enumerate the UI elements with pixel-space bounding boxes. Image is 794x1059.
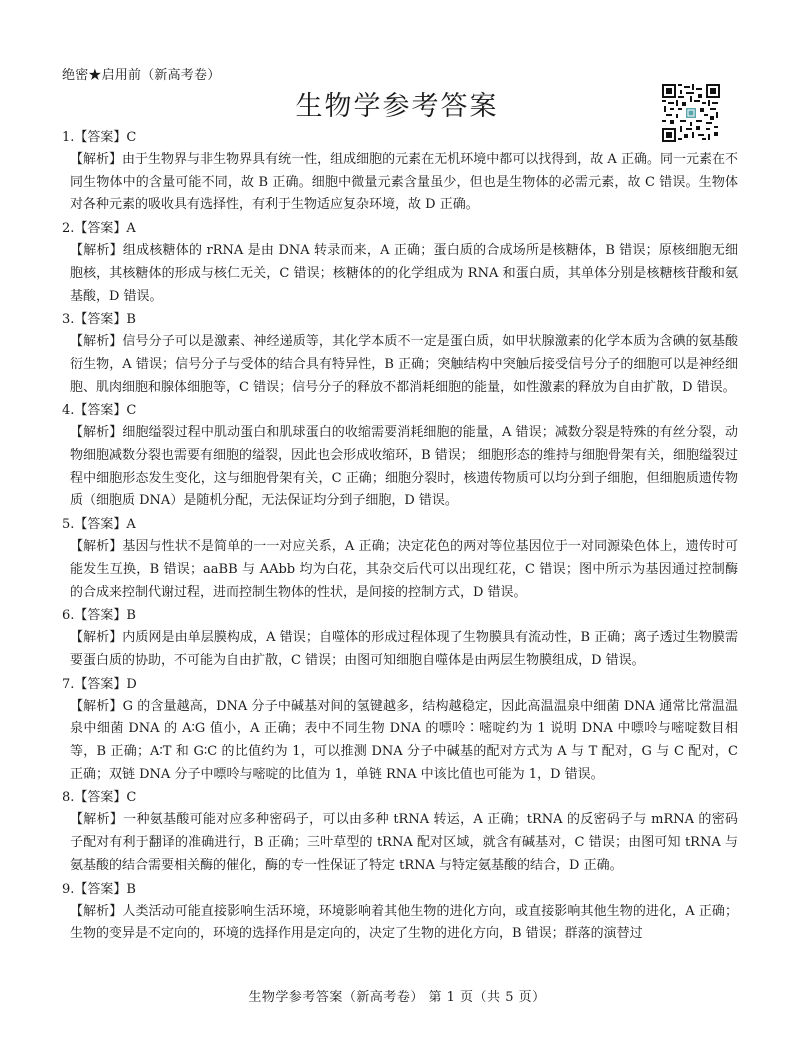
question-number: 6. [62,608,74,623]
confidential-label: 绝密★启用前（新高考卷） [62,64,220,83]
explanation-text: 【解析】G 的含量越高，DNA 分子中碱基对间的氢键越多，结构越稳定，因此高温温… [70,696,738,787]
explanation-text: 【解析】一种氨基酸可能对应多种密码子，可以由多种 tRNA 转运，A 正确；tR… [70,809,738,877]
question-number: 7. [62,677,74,692]
answer-label: 【答案】A [74,517,135,532]
document-page: 绝密★启用前（新高考卷） 生物学参考答案 [0,0,794,1059]
question-item-4: 4.【答案】C 【解析】细胞缢裂过程中肌动蛋白和肌球蛋白的收缩需要消耗细胞的能量… [62,399,738,513]
question-item-5: 5.【答案】A 【解析】基因与性状不是简单的一一对应关系，A 正确；决定花色的两… [62,513,738,604]
explanation-text: 【解析】人类活动可能直接影响生活环境，环境影响着其他生物的进化方向，或直接影响其… [70,901,738,946]
question-item-1: 1.【答案】C 【解析】由于生物界与非生物界具有统一性，组成细胞的元素在无机环境… [62,126,738,217]
explanation-text: 【解析】基因与性状不是简单的一一对应关系，A 正确；决定花色的两对等位基因位于一… [70,536,738,604]
answer-label: 【答案】B [74,312,136,327]
question-item-9: 9.【答案】B 【解析】人类活动可能直接影响生活环境，环境影响着其他生物的进化方… [62,878,738,946]
explanation-text: 【解析】细胞缢裂过程中肌动蛋白和肌球蛋白的收缩需要消耗细胞的能量，A 错误；减数… [70,422,738,513]
question-item-2: 2.【答案】A 【解析】组成核糖体的 rRNA 是由 DNA 转录而来，A 正确… [62,217,738,308]
answer-list: 1.【答案】C 【解析】由于生物界与非生物界具有统一性，组成细胞的元素在无机环境… [62,126,738,946]
question-item-7: 7.【答案】D 【解析】G 的含量越高，DNA 分子中碱基对间的氢键越多，结构越… [62,673,738,787]
explanation-text: 【解析】组成核糖体的 rRNA 是由 DNA 转录而来，A 正确；蛋白质的合成场… [70,240,738,308]
question-number: 3. [62,312,74,327]
answer-label: 【答案】B [74,608,136,623]
answer-label: 【答案】D [74,677,136,692]
question-item-6: 6.【答案】B 【解析】内质网是由单层膜构成，A 错误；自噬体的形成过程体现了生… [62,604,738,672]
question-number: 5. [62,517,74,532]
question-item-8: 8.【答案】C 【解析】一种氨基酸可能对应多种密码子，可以由多种 tRNA 转运… [62,786,738,877]
explanation-text: 【解析】信号分子可以是激素、神经递质等，其化学本质不一定是蛋白质，如甲状腺激素的… [70,331,738,399]
answer-label: 【答案】C [74,403,136,418]
answer-label: 【答案】A [74,221,135,236]
answer-label: 【答案】C [74,130,136,145]
question-number: 8. [62,790,74,805]
answer-label: 【答案】B [74,882,136,897]
question-number: 9. [62,882,74,897]
explanation-text: 【解析】内质网是由单层膜构成，A 错误；自噬体的形成过程体现了生物膜具有流动性，… [70,627,738,672]
question-item-3: 3.【答案】B 【解析】信号分子可以是激素、神经递质等，其化学本质不一定是蛋白质… [62,308,738,399]
question-number: 4. [62,403,74,418]
explanation-text: 【解析】由于生物界与非生物界具有统一性，组成细胞的元素在无机环境中都可以找得到，… [70,149,738,217]
answer-label: 【答案】C [74,790,136,805]
page-footer: 生物学参考答案（新高考卷） 第 1 页（共 5 页） [0,986,794,1005]
question-number: 1. [62,130,74,145]
question-number: 2. [62,221,74,236]
